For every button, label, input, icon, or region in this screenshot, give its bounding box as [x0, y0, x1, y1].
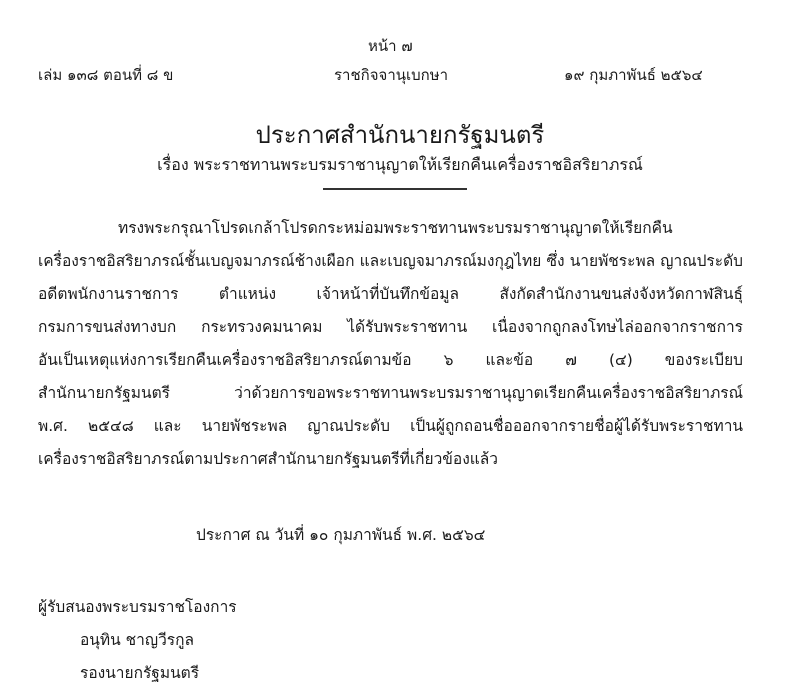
gazette-date: ๑๙ กุมภาพันธ์ ๒๕๖๔	[564, 63, 703, 87]
title-divider	[323, 188, 467, 190]
body-line: อดีตพนักงานราชการ ตำแหน่ง เจ้าหน้าที่บัน…	[38, 278, 743, 311]
announced-date: ประกาศ ณ วันที่ ๑๐ กุมภาพันธ์ พ.ศ. ๒๕๖๔	[196, 522, 485, 547]
signatory-name: อนุทิน ชาญวีรกูล	[80, 627, 194, 652]
body-line: กรมการขนส่งทางบก กระทรวงคมนาคม ได้รับพระ…	[38, 311, 743, 344]
body-line: อันเป็นเหตุแห่งการเรียกคืนเครื่องราชอิสร…	[38, 344, 743, 377]
document-title: ประกาศสำนักนายกรัฐมนตรี	[0, 115, 800, 154]
signatory-position: รองนายกรัฐมนตรี	[80, 660, 199, 685]
document-subject: เรื่อง พระราชทานพระบรมราชานุญาตให้เรียกค…	[0, 153, 800, 178]
body-line: เครื่องราชอิสริยาภรณ์ชั้นเบญจมาภรณ์ช้างเ…	[38, 245, 743, 278]
body-line: พ.ศ. ๒๕๔๘ และ นายพัชระพล ญาณประดับ เป็นผ…	[38, 410, 743, 443]
gazette-name: ราชกิจจานุเบกษา	[334, 63, 448, 87]
announcement-body: ทรงพระกรุณาโปรดเกล้าโปรดกระหม่อมพระราชทา…	[38, 212, 743, 476]
body-line: เครื่องราชอิสริยาภรณ์ตามประกาศสำนักนายกร…	[38, 443, 743, 476]
page-number: หน้า ๗	[368, 34, 413, 58]
countersign-role: ผู้รับสนองพระบรมราชโองการ	[38, 594, 237, 619]
body-line: ทรงพระกรุณาโปรดเกล้าโปรดกระหม่อมพระราชทา…	[38, 212, 743, 245]
body-line: สำนักนายกรัฐมนตรี ว่าด้วยการขอพระราชทานพ…	[38, 377, 743, 410]
volume-issue: เล่ม ๑๓๘ ตอนที่ ๘ ข	[38, 63, 173, 87]
